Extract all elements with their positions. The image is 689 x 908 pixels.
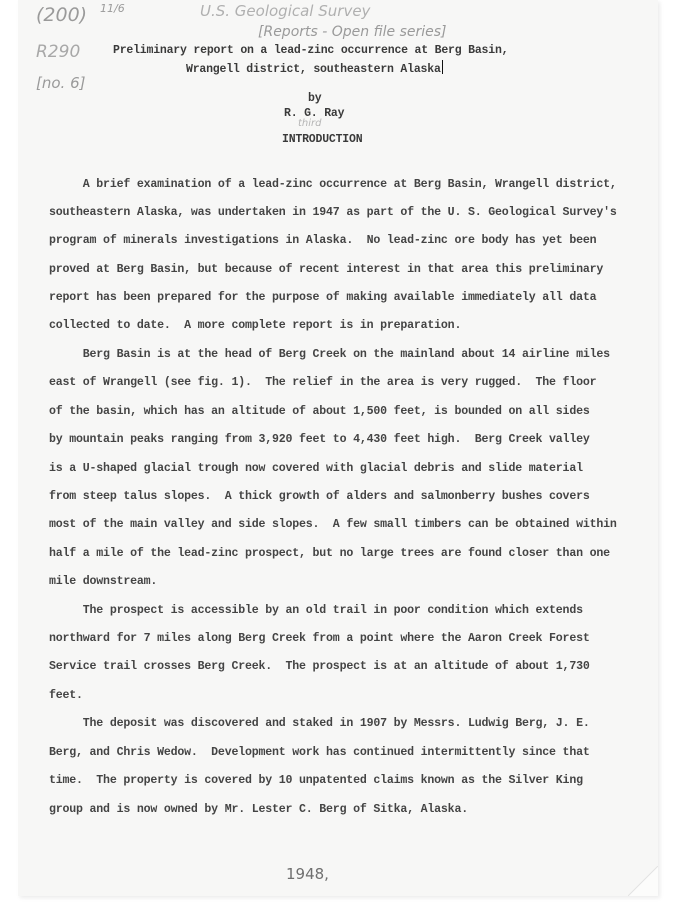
body-line: A brief examination of a lead-zinc occur…: [49, 178, 617, 191]
body-line: program of minerals investigations in Al…: [49, 234, 596, 247]
body-line: proved at Berg Basin, but because of rec…: [49, 263, 603, 276]
body-line: from steep talus slopes. A thick growth …: [49, 490, 590, 503]
section-heading-introduction: INTRODUCTION: [282, 133, 362, 146]
handwritten-fraction: 11/6: [100, 2, 125, 15]
handwritten-report-code: R290: [36, 42, 80, 62]
body-line: southeastern Alaska, was undertaken in 1…: [49, 206, 617, 219]
body-line: The deposit was discovered and staked in…: [49, 717, 590, 730]
handwritten-series: [Reports - Open file series]: [258, 24, 447, 40]
body-line: by mountain peaks ranging from 3,920 fee…: [49, 433, 590, 446]
body-line: feet.: [49, 689, 83, 702]
handwritten-bracket-code: [no. 6]: [36, 74, 85, 92]
byline-by: by: [308, 92, 321, 105]
handwritten-year: 1948,: [286, 865, 329, 883]
body-line: Berg Basin is at the head of Berg Creek …: [49, 348, 610, 361]
handwritten-agency: U.S. Geological Survey: [200, 2, 370, 20]
report-title-line-1: Preliminary report on a lead-zinc occurr…: [113, 44, 508, 57]
body-line: The prospect is accessible by an old tra…: [49, 604, 583, 617]
body-line: collected to date. A more complete repor…: [49, 319, 461, 332]
body-line: group and is now owned by Mr. Lester C. …: [49, 803, 468, 816]
body-line: mile downstream.: [49, 575, 157, 588]
body-line: Service trail crosses Berg Creek. The pr…: [49, 660, 590, 673]
body-line: half a mile of the lead-zinc prospect, b…: [49, 547, 610, 560]
report-title-line-2-text: Wrangell district, southeastern Alaska: [186, 63, 441, 76]
body-line: is a U-shaped glacial trough now covered…: [49, 462, 583, 475]
body-line: northward for 7 miles along Berg Creek f…: [49, 632, 590, 645]
handwritten-call-number: (200): [36, 4, 87, 26]
body-line: Berg, and Chris Wedow. Development work …: [49, 746, 590, 759]
text-cursor: [442, 60, 443, 74]
author-name: R. G. Ray: [284, 107, 344, 120]
body-line: most of the main valley and side slopes.…: [49, 518, 617, 531]
body-line: report has been prepared for the purpose…: [49, 291, 596, 304]
body-line: of the basin, which has an altitude of a…: [49, 405, 590, 418]
report-title-line-2: Wrangell district, southeastern Alaska: [186, 60, 443, 76]
body-line: east of Wrangell (see fig. 1). The relie…: [49, 376, 596, 389]
body-line: time. The property is covered by 10 unpa…: [49, 774, 583, 787]
